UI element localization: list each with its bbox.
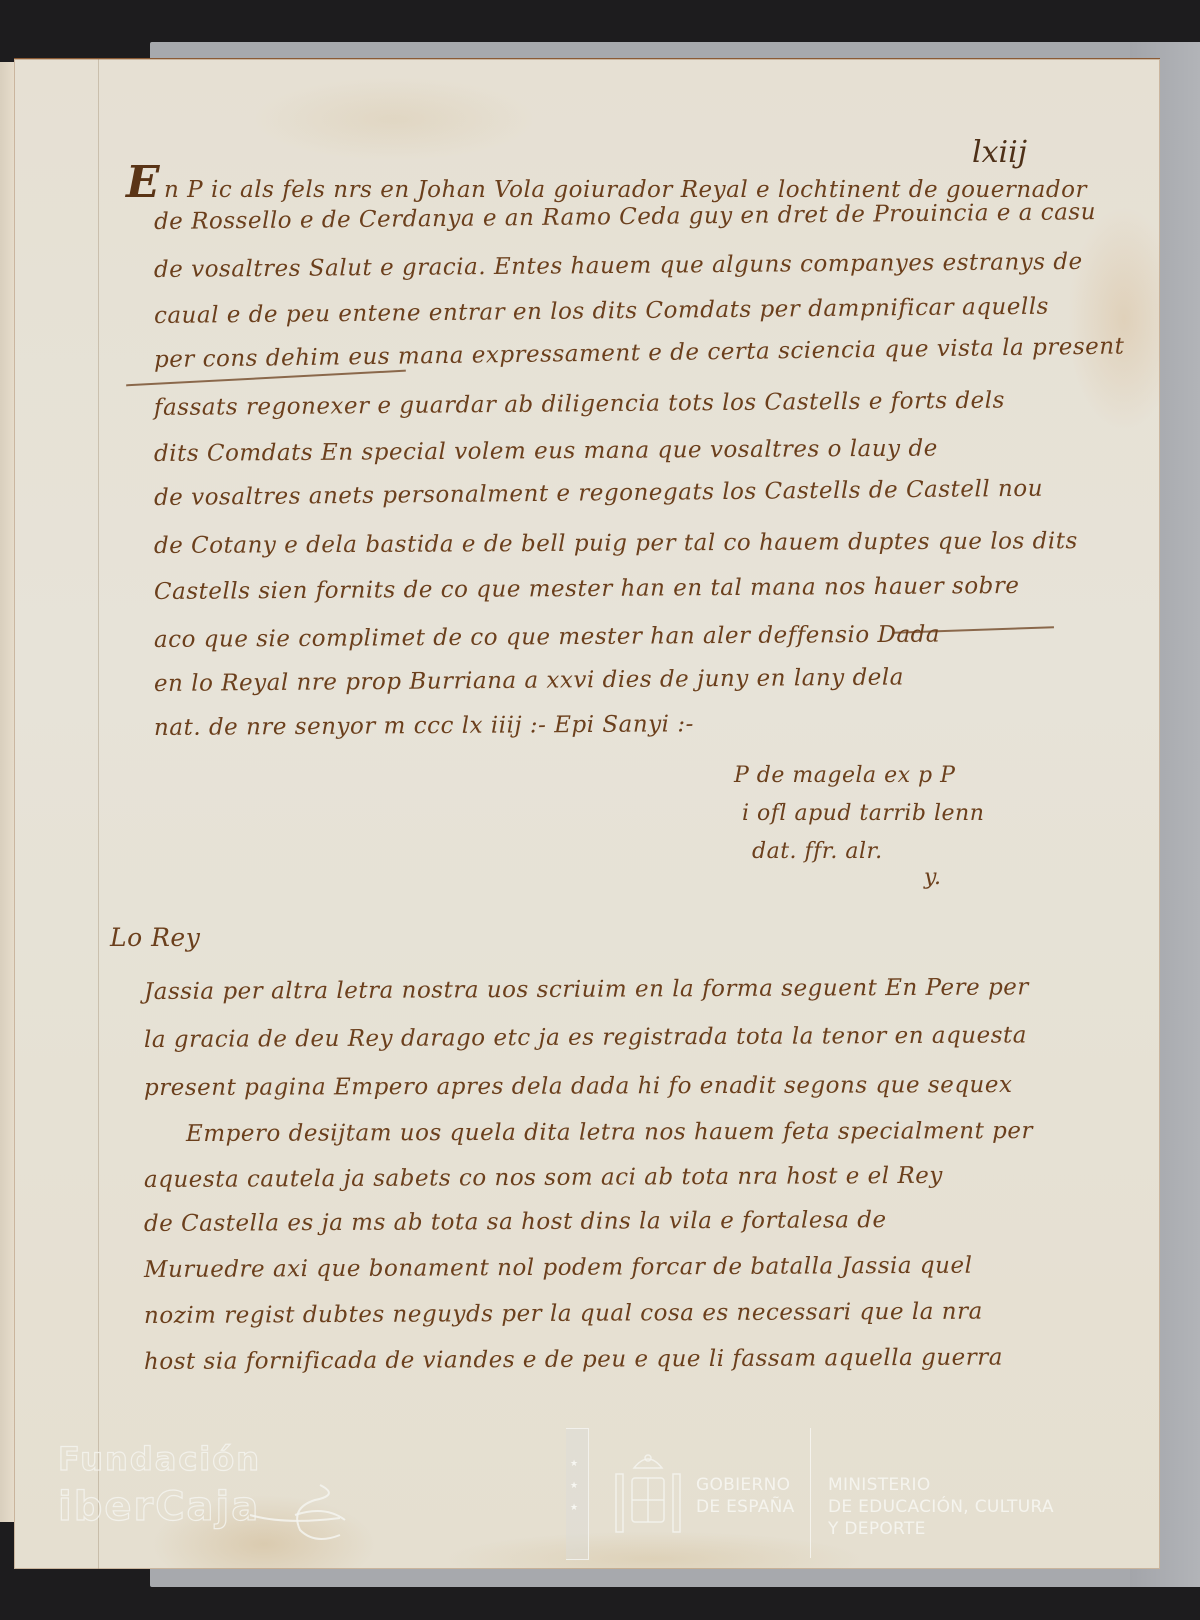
entry-1-line-9: de Cotany e dela bastida e de bell puig …	[154, 528, 1078, 559]
decorated-initial: E	[126, 157, 160, 208]
spain-flag-icon: ★ ★ ★	[566, 1428, 589, 1560]
entry-1-line-10: Castells sien fornits de co que mester h…	[154, 573, 1020, 605]
manuscript-page: lxiij En P ic als fels nrs en Johan Vola…	[14, 58, 1160, 1569]
entry-2-line-8: nozim regist dubtes neguyds per la qual …	[144, 1299, 983, 1329]
subscription-line-1: P de magela ex p P	[734, 763, 955, 788]
entry-2-line-5: aquesta cautela ja sabets co nos som aci…	[144, 1163, 943, 1193]
entry-1-line-6: fassats regonexer e guardar ab diligenci…	[154, 388, 1005, 421]
subscription-line-3: dat. ffr. alr.	[752, 839, 883, 864]
entry-2-rubric: Lo Rey	[110, 923, 200, 952]
watermark-ministerio: MINISTERIO DE EDUCACIÓN, CULTURA Y DEPOR…	[828, 1474, 1054, 1540]
entry-2-line-4: Empero desijtam uos quela dita letra nos…	[186, 1118, 1033, 1147]
entry-2-line-3: present pagina Empero apres dela dada hi…	[144, 1072, 1013, 1101]
entry-1-line-3: de vosaltres Salut e gracia. Entes hauem…	[154, 249, 1083, 283]
entry-2-line-7: Muruedre axi que bonament nol podem forc…	[144, 1253, 973, 1283]
entry-2-line-6: de Castella es ja ms ab tota sa host din…	[144, 1207, 887, 1237]
entry-1-line-4: caual e de peu entene entrar en los dits…	[154, 294, 1049, 329]
ibercaja-logo-icon	[245, 1480, 355, 1550]
watermark-gobierno: GOBIERNO DE ESPAÑA	[696, 1474, 795, 1518]
watermark-ibercaja: iberCaja	[58, 1484, 260, 1530]
subscription-line-2: i ofl apud tarrib lenn	[742, 801, 984, 826]
watermark-divider	[810, 1428, 811, 1558]
fold-line	[98, 59, 99, 1569]
entry-1-line-13: nat. de nre senyor m ccc lx iiij :- Epi …	[154, 711, 694, 741]
entry-1-line-7: dits Comdats En special volem eus mana q…	[154, 436, 938, 467]
entry-1-line-5: per cons dehim eus mana expressament e d…	[154, 333, 1125, 373]
coat-of-arms-icon	[612, 1446, 684, 1538]
entry-2-line-2: la gracia de deu Rey darago etc ja es re…	[144, 1022, 1027, 1053]
subscription-mark: y.	[924, 865, 942, 890]
entry-2-line-9: host sia fornificada de viandes e de peu…	[144, 1345, 1003, 1375]
watermark-fundacion: Fundación	[58, 1440, 261, 1478]
entry-1-line-11: aco que sie complimet de co que mester h…	[154, 622, 940, 653]
entry-1-line-8: de vosaltres anets personalment e regone…	[154, 476, 1043, 511]
entry-1-line-12: en lo Reyal nre prop Burriana a xxvi die…	[154, 664, 904, 697]
entry-2-line-1: Jassia per altra letra nostra uos scriui…	[144, 974, 1029, 1005]
